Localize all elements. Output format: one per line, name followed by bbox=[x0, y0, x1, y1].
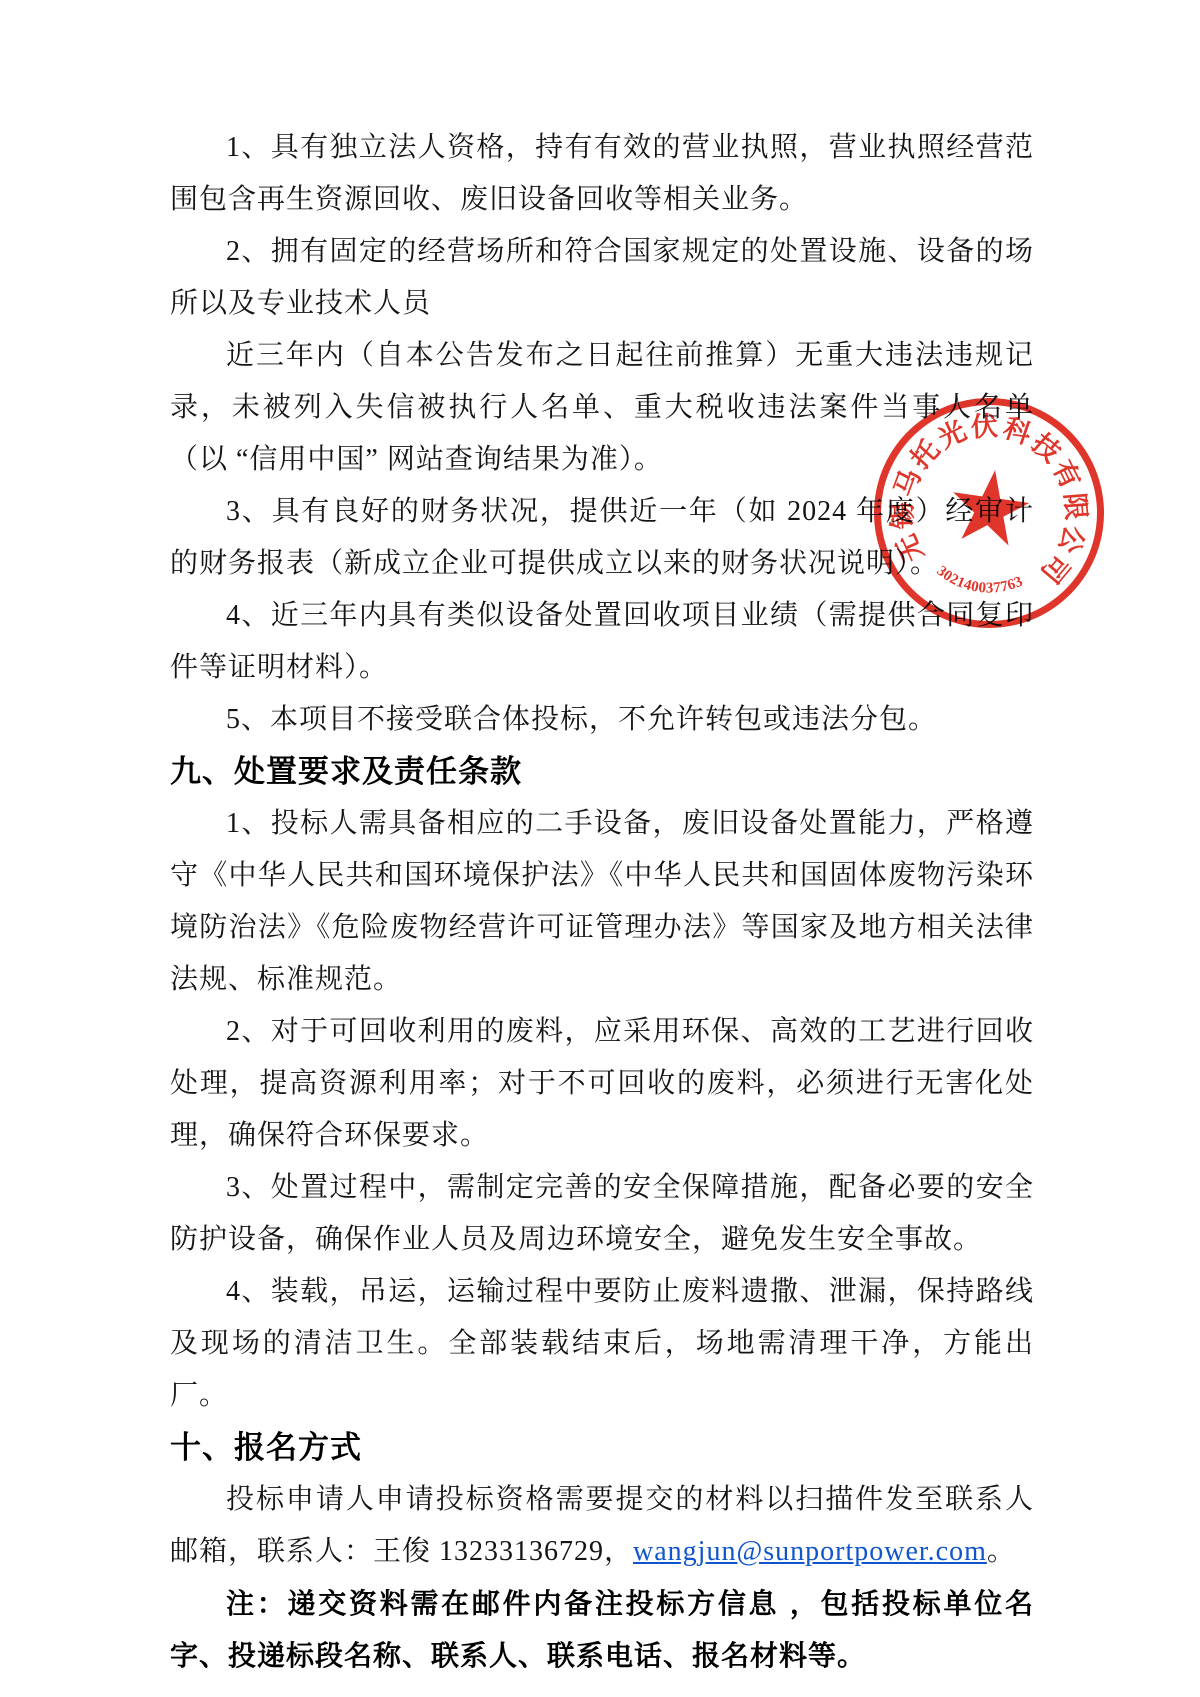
paragraph-qualification-3: 3、具有良好的财务状况，提供近一年（如 2024 年度）经审计的财务报表（新成立… bbox=[170, 486, 1034, 590]
stamp-company-char: 司 bbox=[1036, 549, 1074, 587]
document-page: 1、具有独立法人资格，持有有效的营业执照，营业执照经营范围包含再生资源回收、废旧… bbox=[0, 0, 1200, 1697]
document-content: 1、具有独立法人资格，持有有效的营业执照，营业执照经营范围包含再生资源回收、废旧… bbox=[170, 122, 1034, 1682]
paragraph-requirement-3: 3、处置过程中，需制定完善的安全保障措施，配备必要的安全防护设备，确保作业人员及… bbox=[170, 1162, 1034, 1266]
paragraph-qualification-credit: 近三年内（自本公告发布之日起往前推算）无重大违法违规记录，未被列入失信被执行人名… bbox=[170, 330, 1034, 486]
paragraph-requirement-1: 1、投标人需具备相应的二手设备，废旧设备处置能力，严格遵守《中华人民共和国环境保… bbox=[170, 798, 1034, 1006]
paragraph-qualification-4: 4、近三年内具有类似设备处置回收项目业绩（需提供合同复印件等证明材料）。 bbox=[170, 590, 1034, 694]
contact-text-suffix: 。 bbox=[987, 1536, 1016, 1567]
email-link[interactable]: wangjun@sunportpower.com bbox=[633, 1536, 987, 1567]
paragraph-qualification-5: 5、本项目不接受联合体投标，不允许转包或违法分包。 bbox=[170, 694, 1034, 746]
paragraph-contact: 投标申请人申请投标资格需要提交的材料以扫描件发至联系人邮箱，联系人：王俊 132… bbox=[170, 1474, 1034, 1578]
paragraph-qualification-2: 2、拥有固定的经营场所和符合国家规定的处置设施、设备的场所以及专业技术人员 bbox=[170, 226, 1034, 330]
section-heading-9: 九、处置要求及责任条款 bbox=[170, 746, 1034, 798]
paragraph-requirement-2: 2、对于可回收利用的废料，应采用环保、高效的工艺进行回收处理，提高资源利用率；对… bbox=[170, 1006, 1034, 1162]
paragraph-qualification-1: 1、具有独立法人资格，持有有效的营业执照，营业执照经营范围包含再生资源回收、废旧… bbox=[170, 122, 1034, 226]
section-heading-10: 十、报名方式 bbox=[170, 1422, 1034, 1474]
paragraph-note: 注：递交资料需在邮件内备注投标方信息 ，包括投标单位名字、投递标段名称、联系人、… bbox=[170, 1578, 1034, 1682]
stamp-company-char: 限 bbox=[1060, 492, 1089, 521]
stamp-company-char: 公 bbox=[1054, 522, 1088, 556]
stamp-company-char: 有 bbox=[1048, 456, 1084, 492]
paragraph-requirement-4: 4、装载，吊运，运输过程中要防止废料遗撒、泄漏，保持路线及现场的清洁卫生。全部装… bbox=[170, 1266, 1034, 1422]
